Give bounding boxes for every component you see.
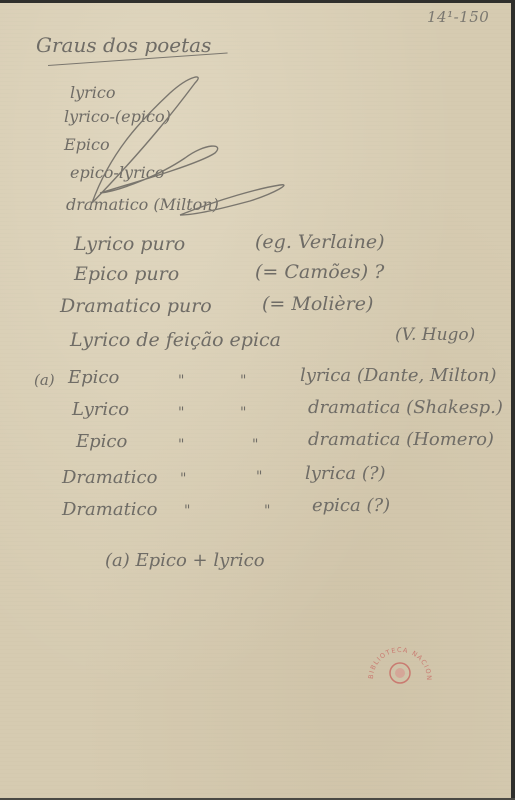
- main-line-left: Lyrico puro: [74, 233, 185, 255]
- row-genre: Epico: [76, 431, 127, 452]
- main-line-left: Epico puro: [74, 263, 179, 285]
- ditto-mark: ": [252, 437, 258, 453]
- row-genre: Epico: [68, 367, 119, 388]
- main-line-right: (eg. Verlaine): [255, 231, 385, 253]
- ditto-mark: ": [240, 373, 246, 389]
- ditto-mark: ": [180, 471, 186, 487]
- ditto-mark: ": [256, 469, 262, 485]
- footnote: (a) Epico + lyrico: [105, 550, 265, 571]
- row-feicao: lyrica (Dante, Milton): [300, 365, 497, 386]
- main-line-left: Lyrico de feição epica: [70, 329, 281, 351]
- library-stamp: BIBLIOTECA NACIONAL: [365, 635, 435, 685]
- manuscript-page: 14¹-150 Graus dos poetas lyrico lyrico-(…: [0, 3, 511, 798]
- row-feicao: dramatica (Homero): [308, 429, 494, 450]
- ditto-mark: ": [178, 405, 184, 421]
- row-genre: Dramatico: [62, 499, 157, 520]
- row-genre: Lyrico: [72, 399, 129, 420]
- row-marker: (a): [34, 371, 55, 389]
- row-feicao: epica (?): [312, 495, 390, 516]
- scan-frame-right: [511, 0, 515, 800]
- row-feicao: dramatica (Shakesp.): [308, 397, 503, 418]
- main-line-left: Dramatico puro: [60, 295, 212, 317]
- row-feicao: lyrica (?): [305, 463, 386, 484]
- main-line-right: (= Camões) ?: [255, 261, 384, 283]
- main-line-right: (V. Hugo): [395, 325, 475, 345]
- row-genre: Dramatico: [62, 467, 157, 488]
- strike-loops: [0, 3, 511, 243]
- ditto-mark: ": [178, 437, 184, 453]
- ditto-mark: ": [240, 405, 246, 421]
- ditto-mark: ": [178, 373, 184, 389]
- ditto-mark: ": [264, 503, 270, 519]
- main-line-right: (= Molière): [262, 293, 373, 315]
- ditto-mark: ": [184, 503, 190, 519]
